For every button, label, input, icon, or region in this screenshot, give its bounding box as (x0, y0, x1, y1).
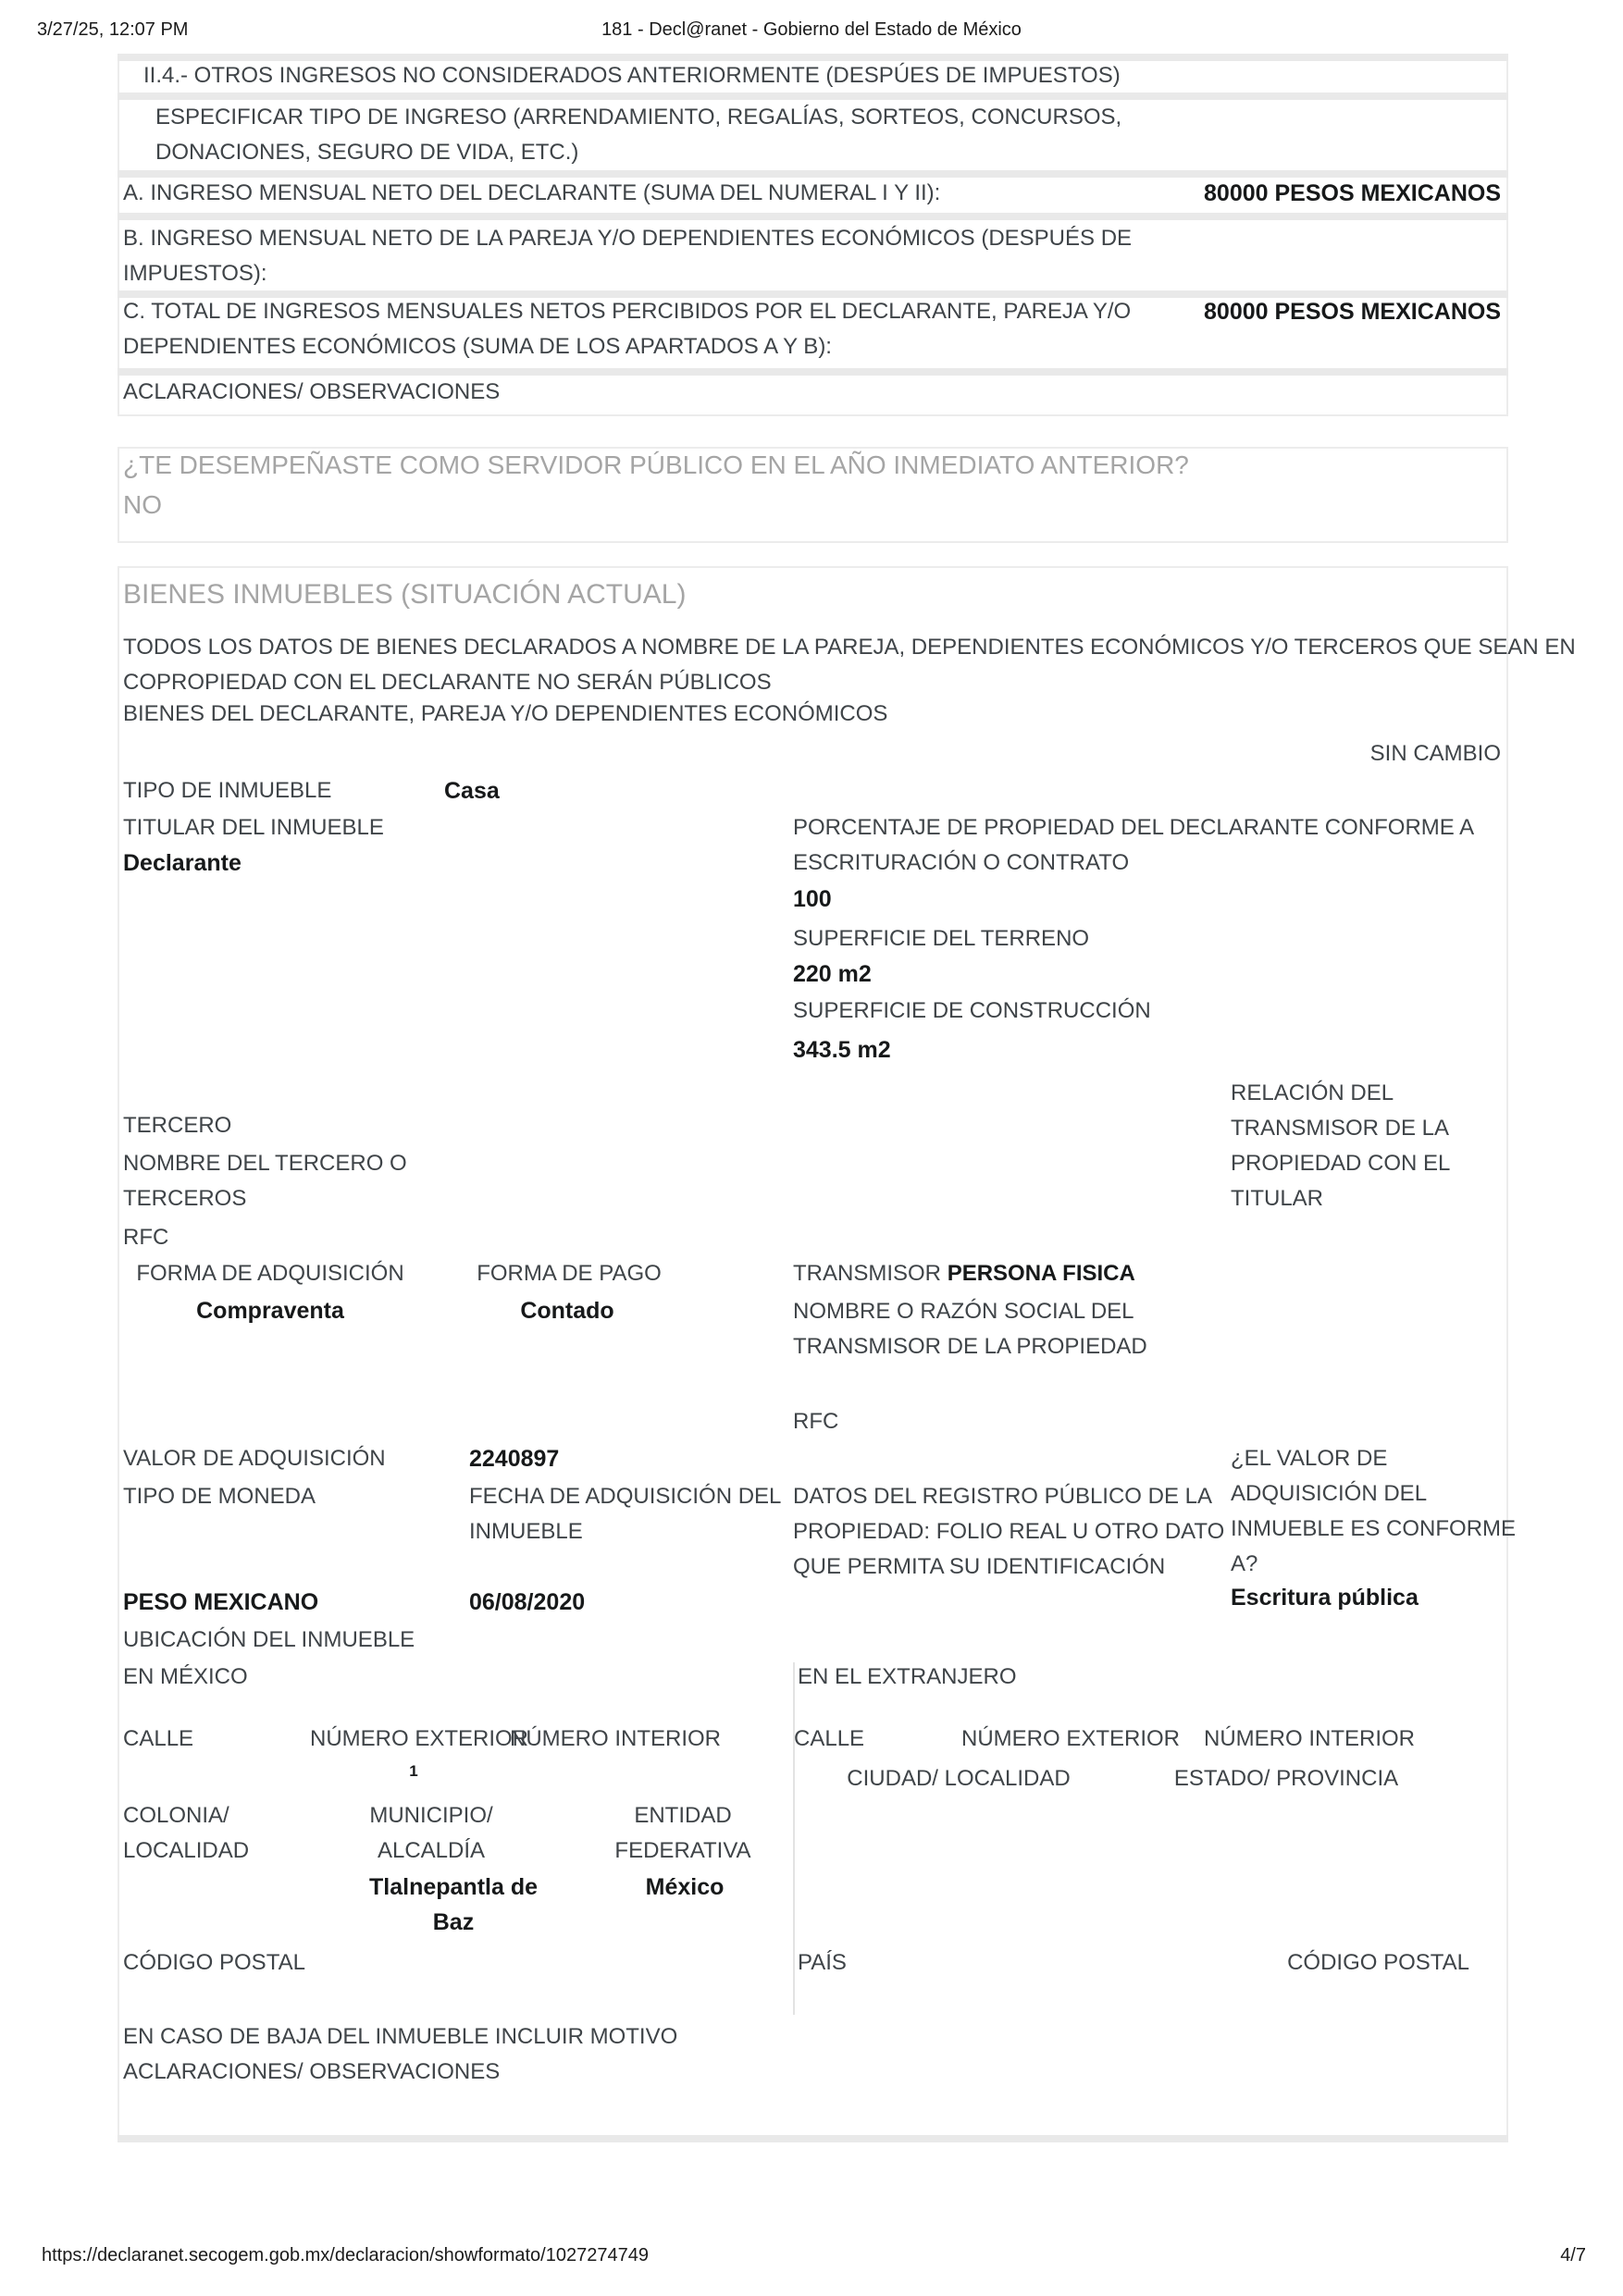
aclaraciones-observaciones-label: ACLARACIONES/ OBSERVACIONES (123, 375, 500, 410)
mx-colonia-label: COLONIA/ LOCALIDAD (123, 1798, 249, 1869)
printed-declaration-page: 3/27/25, 12:07 PM 181 - Decl@ranet - Gob… (0, 0, 1623, 2296)
ext-ciudad-label: CIUDAD/ LOCALIDAD (847, 1761, 1070, 1796)
superficie-terreno-label: SUPERFICIE DEL TERRENO (793, 921, 1089, 957)
porcentaje-label: PORCENTAJE DE PROPIEDAD DEL DECLARANTE C… (793, 810, 1474, 881)
ubicacion-inmueble-label: UBICACIÓN DEL INMUEBLE (123, 1623, 415, 1658)
fecha-adquisicion-label: FECHA DE ADQUISICIÓN DEL INMUEBLE (469, 1479, 781, 1549)
servidor-publico-answer: NO (123, 487, 162, 524)
valor-conforme-value: Escritura pública (1231, 1580, 1419, 1615)
porcentaje-value: 100 (793, 882, 832, 917)
tipo-moneda-value: PESO MEXICANO (123, 1585, 318, 1620)
valor-adquisicion-label: VALOR DE ADQUISICIÓN (123, 1441, 386, 1476)
mx-entidad-label: ENTIDAD FEDERATIVA (614, 1798, 750, 1869)
en-extranjero-label: EN EL EXTRANJERO (798, 1660, 1017, 1695)
separator-bar (118, 2135, 1508, 2142)
mx-numero-interior-label: NÚMERO INTERIOR (510, 1722, 721, 1757)
en-mexico-label: EN MÉXICO (123, 1660, 248, 1695)
valor-conforme-label: ¿EL VALOR DE ADQUISICIÓN DEL INMUEBLE ES… (1231, 1441, 1516, 1582)
forma-pago-label: FORMA DE PAGO (477, 1256, 662, 1291)
tipo-moneda-label: TIPO DE MONEDA (123, 1479, 316, 1514)
ext-numero-exterior-label: NÚMERO EXTERIOR (961, 1722, 1180, 1757)
mx-codigo-postal-label: CÓDIGO POSTAL (123, 1945, 305, 1981)
rfc-tercero-label: RFC (123, 1220, 168, 1255)
ingreso-b-label: B. INGRESO MENSUAL NETO DE LA PAREJA Y/O… (123, 221, 1132, 291)
ext-numero-interior-label: NÚMERO INTERIOR (1204, 1722, 1415, 1757)
mx-municipio-label: MUNICIPIO/ ALCALDÍA (369, 1798, 492, 1869)
superficie-construccion-label: SUPERFICIE DE CONSTRUCCIÓN (793, 994, 1151, 1029)
mx-numero-exterior-value: 1 (409, 1762, 417, 1781)
bienes-subtitle: BIENES DEL DECLARANTE, PAREJA Y/O DEPEND… (123, 697, 887, 732)
servidor-publico-question: ¿TE DESEMPEÑASTE COMO SERVIDOR PÚBLICO E… (123, 447, 1189, 484)
nombre-tercero-label: NOMBRE DEL TERCERO O TERCEROS (123, 1146, 407, 1216)
ingreso-a-value: 80000 PESOS MEXICANOS (1204, 176, 1501, 211)
separator-bar (118, 93, 1508, 100)
forma-pago-value: Contado (520, 1293, 613, 1328)
transmisor-line: TRANSMISOR PERSONA FISICA (793, 1256, 1135, 1291)
forma-adquisicion-label: FORMA DE ADQUISICIÓN (136, 1256, 403, 1291)
mx-entidad-value: México (646, 1870, 725, 1905)
forma-adquisicion-value: Compraventa (196, 1293, 344, 1328)
fecha-adquisicion-value: 06/08/2020 (469, 1585, 585, 1620)
mx-numero-exterior-label: NÚMERO EXTERIOR (310, 1722, 528, 1757)
tipo-inmueble-label: TIPO DE INMUEBLE (123, 773, 331, 809)
ext-codigo-postal-label: CÓDIGO POSTAL (1287, 1945, 1469, 1981)
bienes-privacy-note: TODOS LOS DATOS DE BIENES DECLARADOS A N… (123, 630, 1576, 700)
registro-publico-label: DATOS DEL REGISTRO PÚBLICO DE LA PROPIED… (793, 1479, 1224, 1585)
print-header-title: 181 - Decl@ranet - Gobierno del Estado d… (601, 19, 1022, 41)
especificar-tipo-ingreso-label: ESPECIFICAR TIPO DE INGRESO (ARRENDAMIEN… (155, 100, 1121, 170)
ext-estado-label: ESTADO/ PROVINCIA (1174, 1761, 1398, 1796)
print-footer-url: https://declaranet.secogem.gob.mx/declar… (42, 2244, 649, 2266)
bienes-aclaraciones-label: ACLARACIONES/ OBSERVACIONES (123, 2055, 500, 2090)
separator-bar (118, 213, 1508, 220)
print-footer-page-number: 4/7 (1560, 2244, 1586, 2266)
superficie-terreno-value: 220 m2 (793, 957, 872, 992)
mx-municipio-value: Tlalnepantla de Baz (369, 1870, 538, 1940)
change-status: SIN CAMBIO (1370, 736, 1501, 772)
baja-inmueble-label: EN CASO DE BAJA DEL INMUEBLE INCLUIR MOT… (123, 2019, 677, 2055)
relacion-transmisor-label: RELACIÓN DEL TRANSMISOR DE LA PROPIEDAD … (1231, 1076, 1450, 1216)
titular-value: Declarante (123, 846, 242, 881)
tercero-label: TERCERO (123, 1108, 231, 1143)
tipo-inmueble-value: Casa (444, 773, 500, 809)
section-ii4-heading: II.4.- OTROS INGRESOS NO CONSIDERADOS AN… (143, 58, 1121, 93)
valor-adquisicion-value: 2240897 (469, 1441, 559, 1476)
superficie-construccion-value: 343.5 m2 (793, 1032, 891, 1068)
ingreso-c-label: C. TOTAL DE INGRESOS MENSUALES NETOS PER… (123, 294, 1131, 364)
mx-calle-label: CALLE (123, 1722, 193, 1757)
transmisor-value: PERSONA FISICA (948, 1261, 1135, 1286)
transmisor-label: TRANSMISOR (793, 1261, 941, 1286)
print-header-datetime: 3/27/25, 12:07 PM (37, 19, 188, 41)
transmisor-spacer (941, 1261, 948, 1286)
titular-label: TITULAR DEL INMUEBLE (123, 810, 384, 846)
bienes-title: BIENES INMUEBLES (SITUACIÓN ACTUAL) (123, 575, 686, 614)
ext-calle-label: CALLE (794, 1722, 864, 1757)
rfc-transmisor-label: RFC (793, 1404, 838, 1439)
ingreso-c-value: 80000 PESOS MEXICANOS (1204, 294, 1501, 329)
ingreso-a-label: A. INGRESO MENSUAL NETO DEL DECLARANTE (… (123, 176, 940, 211)
mexico-extranjero-divider (793, 1662, 795, 2015)
ext-pais-label: PAÍS (798, 1945, 847, 1981)
nombre-razon-social-label: NOMBRE O RAZÓN SOCIAL DEL TRANSMISOR DE … (793, 1294, 1147, 1364)
